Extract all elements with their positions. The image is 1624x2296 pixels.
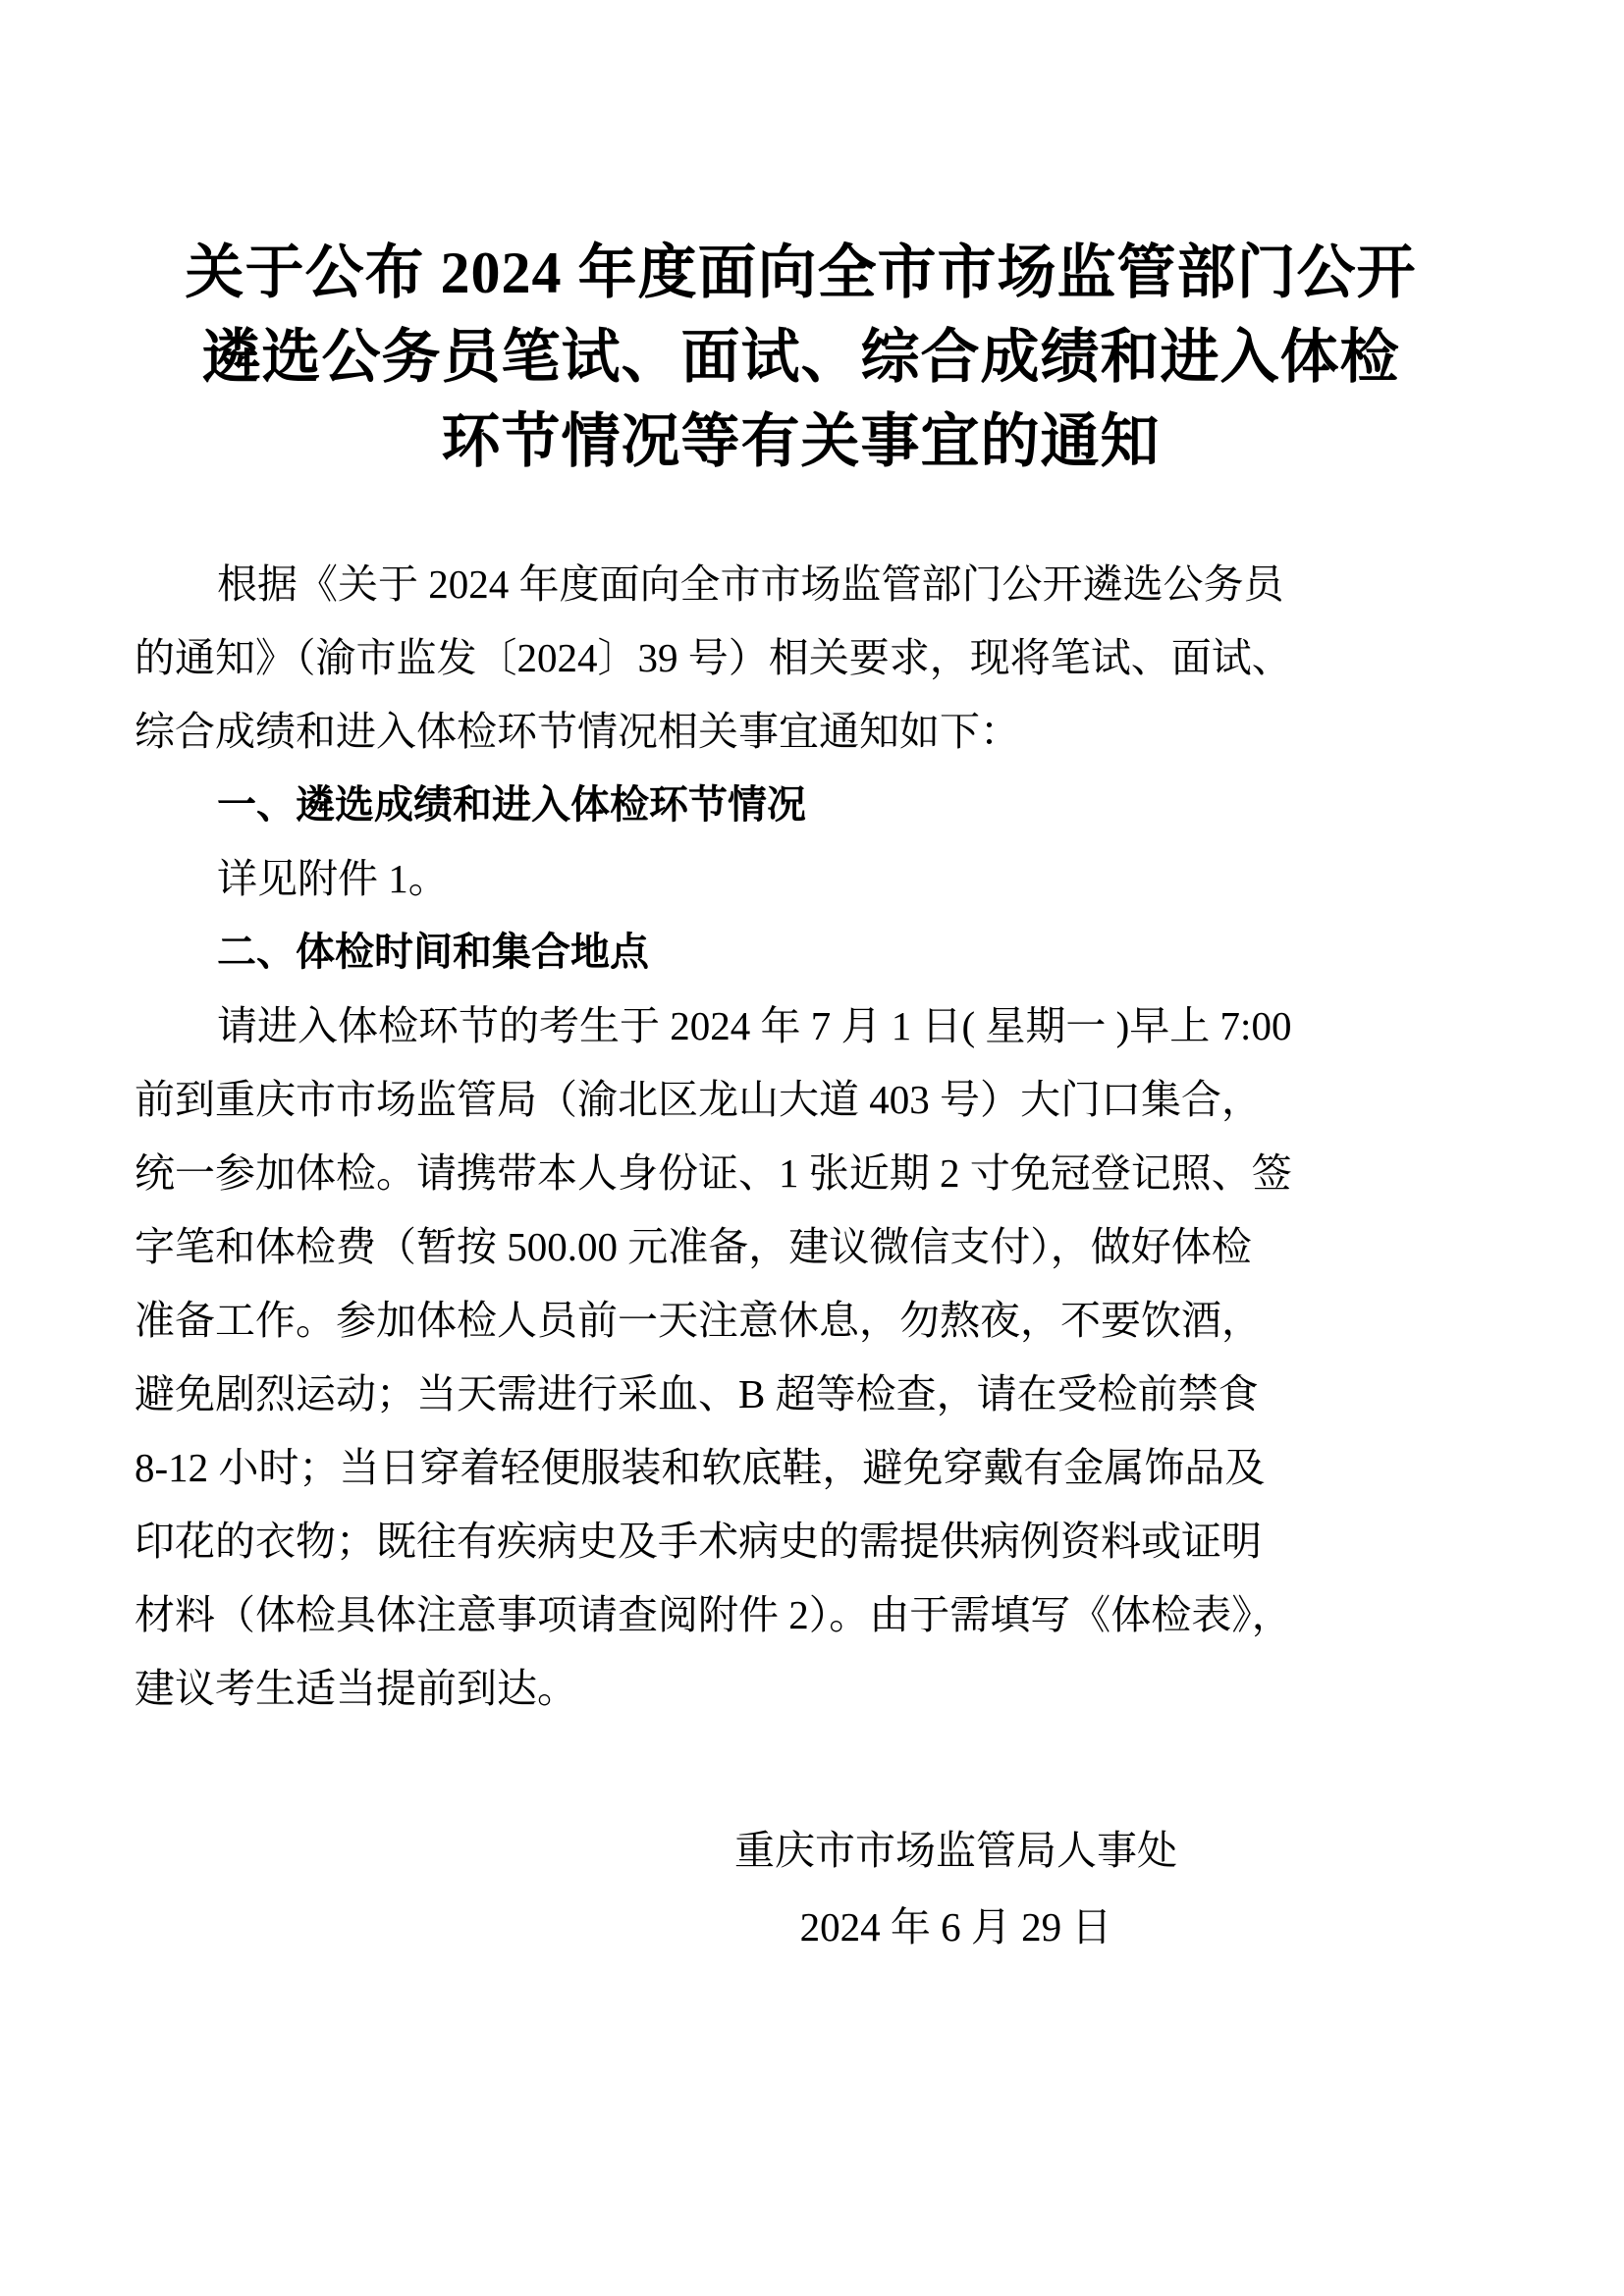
physical-exam-line-2: 前到重庆市市场监管局（渝北区龙山大道 403 号）大门口集合， [135,1063,1467,1137]
document-title-line-1: 关于公布 2024 年度面向全市市场监管部门公开 [135,231,1467,315]
intro-paragraph-line-3: 综合成绩和进入体检环节情况相关事宜通知如下： [135,695,1467,769]
physical-exam-line-3: 统一参加体检。请携带本人身份证、1 张近期 2 寸免冠登记照、签 [135,1137,1467,1210]
attachment-reference-line: 详见附件 1。 [135,842,1467,916]
document-title: 关于公布 2024 年度面向全市市场监管部门公开 遴选公务员笔试、面试、综合成绩… [135,231,1467,484]
physical-exam-line-6: 避免剧烈运动；当天需进行采血、B 超等检查，请在受检前禁食 [135,1358,1467,1431]
section-heading-1: 一、遴选成绩和进入体检环节情况 [135,769,1467,842]
document-body: 根据《关于 2024 年度面向全市市场监管部门公开遴选公务员 的通知》（渝市监发… [135,548,1467,1965]
notice-document-page: 关于公布 2024 年度面向全市市场监管部门公开 遴选公务员笔试、面试、综合成绩… [0,0,1624,2296]
intro-paragraph: 根据《关于 2024 年度面向全市市场监管部门公开遴选公务员 的通知》（渝市监发… [135,548,1467,769]
physical-exam-line-8: 印花的衣物；既往有疾病史及手术病史的需提供病例资料或证明 [135,1505,1467,1578]
section-heading-2: 二、体检时间和集合地点 [135,916,1467,989]
physical-exam-paragraph: 请进入体检环节的考生于 2024 年 7 月 1 日( 星期一 )早上 7:00… [135,989,1467,1726]
physical-exam-line-4: 字笔和体检费（暂按 500.00 元准备，建议微信支付），做好体检 [135,1210,1467,1284]
intro-paragraph-line-1: 根据《关于 2024 年度面向全市市场监管部门公开遴选公务员 [135,548,1467,621]
physical-exam-line-1: 请进入体检环节的考生于 2024 年 7 月 1 日( 星期一 )早上 7:00 [135,989,1467,1063]
physical-exam-line-5: 准备工作。参加体检人员前一天注意休息，勿熬夜，不要饮酒， [135,1284,1467,1358]
physical-exam-line-10: 建议考生适当提前到达。 [135,1652,1467,1726]
document-title-line-3: 环节情况等有关事宜的通知 [135,400,1467,484]
intro-paragraph-line-2: 的通知》（渝市监发〔2024〕39 号）相关要求，现将笔试、面试、 [135,621,1467,695]
document-title-line-2: 遴选公务员笔试、面试、综合成绩和进入体检 [135,315,1467,400]
signature-block: 重庆市市场监管局人事处 2024 年 6 月 29 日 [734,1812,1177,1965]
physical-exam-line-7: 8-12 小时；当日穿着轻便服装和软底鞋，避免穿戴有金属饰品及 [135,1431,1467,1505]
signature-organization: 重庆市市场监管局人事处 [734,1812,1177,1889]
signature-date: 2024 年 6 月 29 日 [734,1889,1177,1965]
physical-exam-line-9: 材料（体检具体注意事项请查阅附件 2）。由于需填写《体检表》， [135,1578,1467,1652]
